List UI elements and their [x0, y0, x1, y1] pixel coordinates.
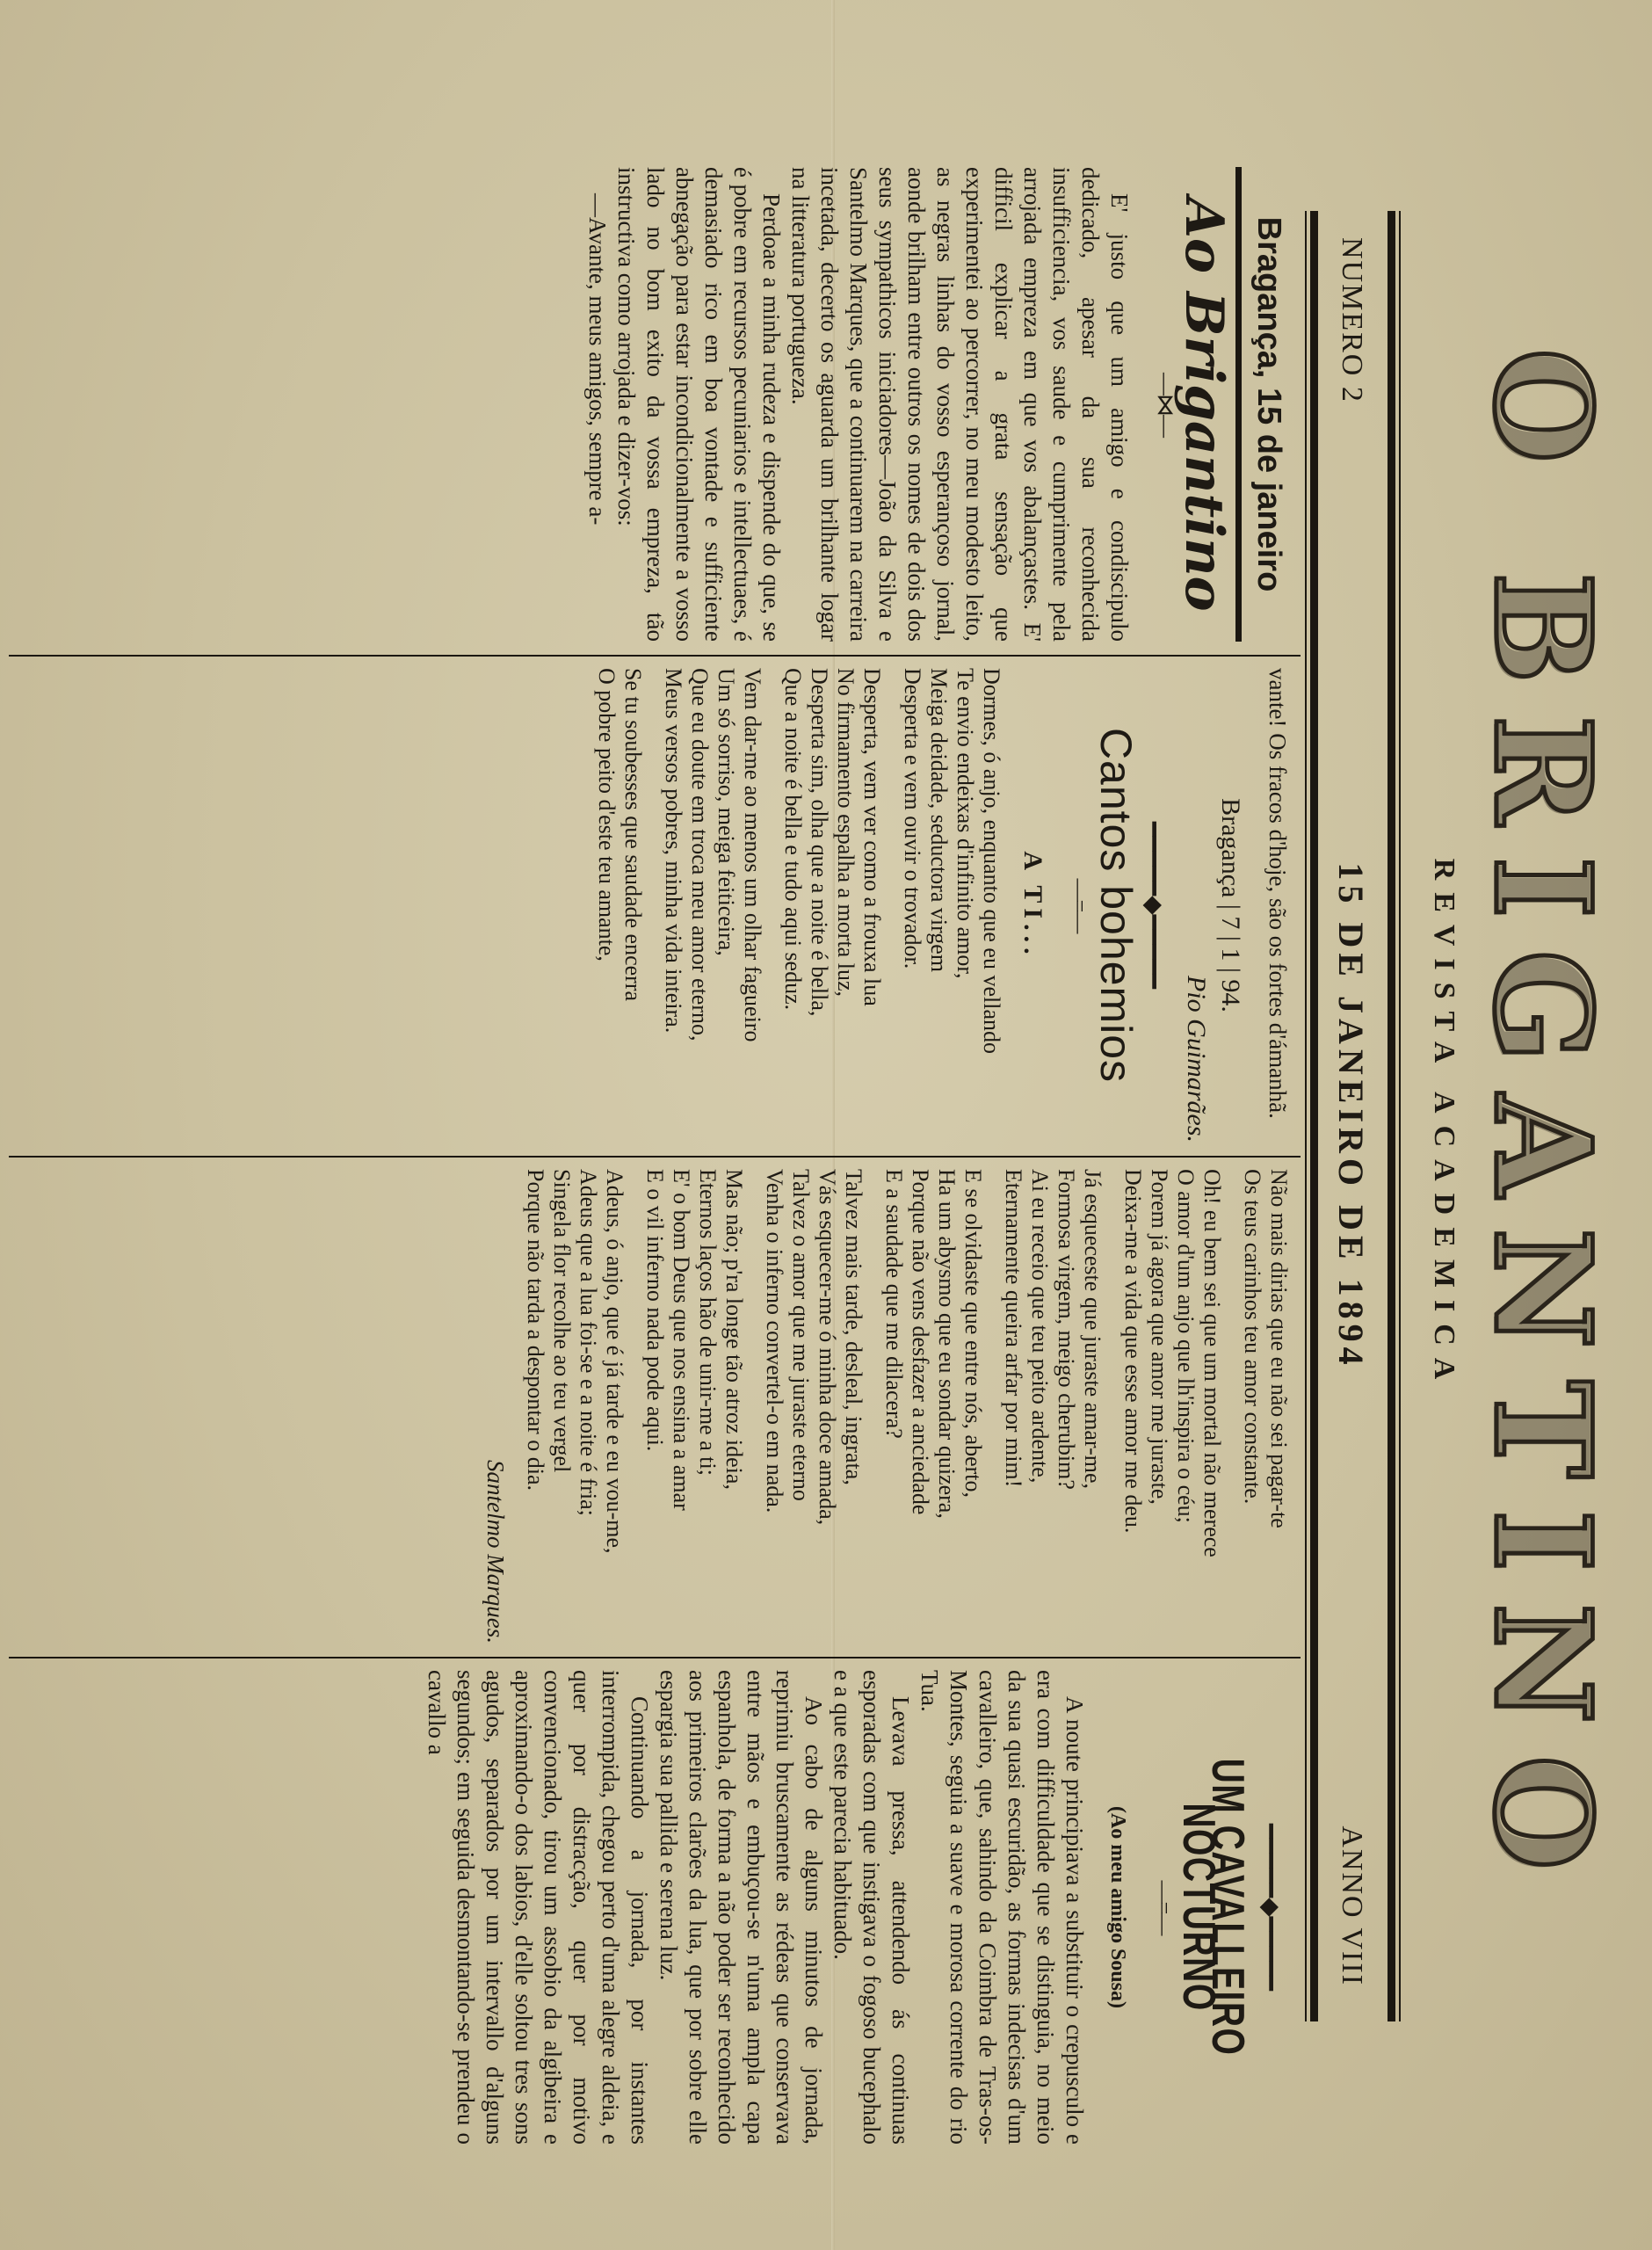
poem-stanza: Já esqueceste que juraste amar-me, Formo…: [1000, 1169, 1105, 1644]
column-poem-continued: Não mais dirias que eu não sei pagar-te …: [481, 1169, 1292, 1644]
article-cavalleiro-nocturno: ━━━━━◆━━━━━ UM CAVALLEIRO NOCTURNO —=— (…: [422, 1670, 1292, 2145]
paragraph: A noute principiava a substituir o crepu…: [915, 1670, 1089, 2145]
column-cantos-bohemios: vante! Os fracos d'hoje, são os fortes d…: [584, 668, 1292, 1143]
verse: Venha o inferno convertel-o em nada.: [761, 1169, 787, 1644]
verse: E o vil inferno nada pode aqui.: [641, 1169, 668, 1644]
paragraph: —Avante, meus amigos, sempre a-: [583, 167, 612, 642]
poem-subtitle: A TI...: [1018, 668, 1047, 1143]
article-dateline: Bragança, 15 de janeiro: [1235, 167, 1292, 642]
verse: Que eu doute em troca meu amor eterno,: [686, 668, 713, 1143]
article-ao-brigantino: Bragança, 15 de janeiro Ao Brigantino —⋈…: [583, 167, 1292, 642]
verse: Singela flor recolhe ao teu vergel: [548, 1169, 575, 1644]
column-separator: [9, 1156, 1301, 1158]
masthead: O BRIGANTINO REVISTA ACADEMICA: [1415, 290, 1617, 1960]
ornament-divider: ━━━━━◆━━━━━: [1256, 1670, 1285, 2145]
poem-title: Cantos bohemios: [1101, 668, 1130, 1143]
divider: [1310, 211, 1318, 2021]
paragraph: E' justo que um amigo e condiscipulo ded…: [786, 167, 1134, 642]
verse: Talvez o amor que me juraste eterno: [787, 1169, 814, 1644]
verse: Desperta e vem ouvir o trovador.: [899, 668, 925, 1143]
newspaper-page: O BRIGANTINO REVISTA ACADEMICA NUMERO 2 …: [0, 0, 1652, 2250]
verse: Eternamente queira arfar por mim!: [1000, 1169, 1026, 1644]
verse: Adeus, ó anjo, que é já tarde e eu vou-m…: [601, 1169, 627, 1644]
verse: Adeus que a lua foi-se e a noite é fria;: [575, 1169, 601, 1644]
verse: Já esqueceste que juraste amar-me,: [1079, 1169, 1105, 1644]
poem-stanza: Dormes, ó anjo, enquanto que eu vellando…: [899, 668, 1004, 1143]
verse: Porque não tarda a despontar o dia.: [522, 1169, 548, 1644]
poem-stanza: Adeus, ó anjo, que é já tarde e eu vou-m…: [522, 1169, 627, 1644]
dedication: (Ao meu amigo Sousa): [1103, 1670, 1132, 2145]
verse: Deixa-me a vida que esse amor me deu.: [1119, 1169, 1146, 1644]
verse: Talvez mais tarde, desleal, ingrata,: [840, 1169, 866, 1644]
poem-stanza: Talvez mais tarde, desleal, ingrata, Vás…: [761, 1169, 866, 1644]
poem-stanza: Não mais dirias que eu não sei pagar-te …: [1239, 1169, 1292, 1644]
verse: No firmamento espalha a morta luz,: [832, 668, 859, 1143]
verse: Oh! eu bem sei que um mortal não merece: [1199, 1169, 1225, 1644]
verse: Meus versos pobres, minha vida inteira.: [660, 668, 686, 1143]
verse: Vem dar-me ao menos um olhar fagueiro: [739, 668, 765, 1143]
paragraph: Ao cabo de alguns minutos de jornada, re…: [654, 1670, 828, 2145]
poem-stanza: E se olvidaste que entre nós, aberto, Ha…: [880, 1169, 986, 1644]
issue-date: 15 DE JANEIRO DE 1894: [1330, 211, 1372, 2021]
paragraph: Levava pressa, attendendo ás continuas e…: [828, 1670, 915, 2145]
verse: Formosa virgem, meigo cherubim?: [1053, 1169, 1079, 1644]
divider: [1388, 211, 1395, 2021]
verse: O amor d'um anjo que lh'inspira o céu;: [1172, 1169, 1199, 1644]
ornament-divider: —=—: [1065, 668, 1094, 1143]
article-title: Ao Brigantino: [1189, 167, 1218, 642]
verse: Desperta sim, olha que a noite é bella,: [806, 668, 832, 1143]
verse: Desperta, vem ver como a frouxa lua: [859, 668, 885, 1143]
column-separator: [9, 655, 1301, 657]
poem-stanza: Vem dar-me ao menos um olhar fagueiro Um…: [660, 668, 765, 1143]
verse: Não mais dirias que eu não sei pagar-te: [1265, 1169, 1292, 1644]
masthead-subtitle: REVISTA ACADEMICA: [1427, 290, 1460, 1960]
verse: Porque não vens desfazer a anciedade: [907, 1169, 933, 1644]
column-separator: [9, 1657, 1301, 1658]
verse: E se olvidaste que entre nós, aberto,: [960, 1169, 986, 1644]
signature-date: Bragança | 7 | 1 | 94.: [1216, 668, 1245, 1143]
divider: [1399, 211, 1401, 2021]
masthead-title: O BRIGANTINO: [1467, 290, 1617, 1960]
paragraph: Perdoae a minha rudeza e dispende do que…: [612, 167, 786, 642]
ornament-divider: ━━━━━◆━━━━━: [1139, 668, 1168, 1143]
paragraph: vante! Os fracos d'hoje, são os fortes d…: [1263, 668, 1292, 1143]
verse: Que a noite é bella e tudo aqui seduz.: [779, 668, 806, 1143]
verse: E a saudade que me dilacera?: [880, 1169, 907, 1644]
verse: E' o bom Deus que nos ensina a amar: [668, 1169, 694, 1644]
verse: Mas não; p'ra longe tão atroz ideia,: [721, 1169, 747, 1644]
verse: Ha um abysmo que eu sondar quizera,: [933, 1169, 960, 1644]
verse: Te envio endeixas d'infinito amor,: [952, 668, 978, 1143]
verse: Se tu soubesses que saudade encerra: [619, 668, 646, 1143]
verse: Meiga deidade, seductora virgem: [925, 668, 952, 1143]
poem-stanza: Se tu soubesses que saudade encerra O po…: [593, 668, 646, 1143]
issue-year: ANNO VIII: [1335, 1825, 1368, 1986]
verse: Eternos laços hão de unir-me a ti;: [694, 1169, 721, 1644]
paragraph: Continuando a jornada, por instantes int…: [422, 1670, 654, 2145]
dateline-bar: NUMERO 2 15 DE JANEIRO DE 1894 ANNO VIII: [1322, 211, 1375, 2021]
poem-stanza: Oh! eu bem sei que um mortal não merece …: [1119, 1169, 1225, 1644]
verse: Vás esquecer-me ó minha doce amada,: [814, 1169, 840, 1644]
verse: Porem já agora que amor me juraste,: [1146, 1169, 1172, 1644]
divider: [1305, 211, 1307, 2021]
poem-stanza: Desperta, vem ver como a frouxa lua No f…: [779, 668, 885, 1143]
verse: O pobre peito d'este teu amante,: [593, 668, 619, 1143]
verse: Os teus carinhos teu amor constante.: [1239, 1169, 1265, 1644]
signature-name: Pio Guimarães.: [1182, 668, 1211, 1143]
verse: Dormes, ó anjo, enquanto que eu vellando: [978, 668, 1004, 1143]
verse: Ai eu receio que teu peito ardente,: [1026, 1169, 1053, 1644]
author-signature: Santelmo Marques.: [481, 1169, 510, 1644]
article-title: UM CAVALLEIRO NOCTURNO: [1184, 1730, 1242, 2086]
poem-stanza: Mas não; p'ra longe tão atroz ideia, Ete…: [641, 1169, 747, 1644]
verse: Um só sorriso, meiga feiticeira,: [713, 668, 739, 1143]
